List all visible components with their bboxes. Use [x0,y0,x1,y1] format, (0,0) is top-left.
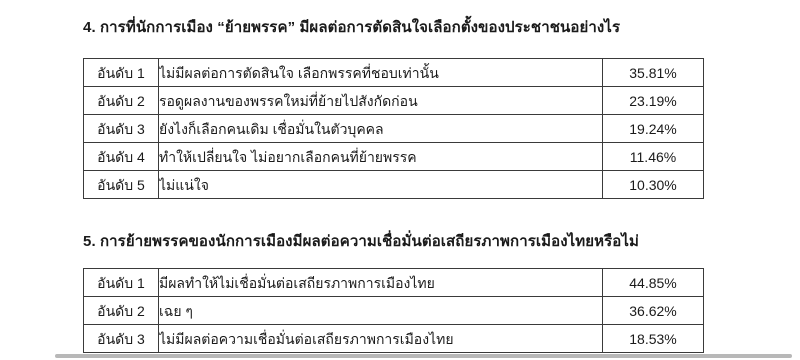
document-page: 4. การที่นักการเมือง “ย้ายพรรค” มีผลต่อก… [0,0,800,353]
rank-cell: อันดับ 2 [84,87,159,115]
rank-cell: อันดับ 1 [84,59,159,87]
question-4-results-table: อันดับ 1 ไม่มีผลต่อการตัดสินใจ เลือกพรรค… [83,58,704,199]
question-5-results-table: อันดับ 1 มีผลทำให้ไม่เชื่อมั่นต่อเสถียรภ… [83,268,704,353]
rank-cell: อันดับ 3 [84,325,159,353]
percent-cell: 10.30% [603,171,704,199]
horizontal-scrollbar[interactable] [55,354,792,358]
answer-cell: เฉย ๆ [159,297,603,325]
rank-cell: อันดับ 4 [84,143,159,171]
question-5-heading: 5. การย้ายพรรคของนักการเมืองมีผลต่อความเ… [83,232,800,252]
answer-cell: ไม่มีผลต่อความเชื่อมั่นต่อเสถียรภาพการเม… [159,325,603,353]
percent-cell: 18.53% [603,325,704,353]
percent-cell: 35.81% [603,59,704,87]
percent-cell: 44.85% [603,269,704,297]
percent-cell: 11.46% [603,143,704,171]
percent-cell: 19.24% [603,115,704,143]
answer-cell: ยังไงก็เลือกคนเดิม เชื่อมั่นในตัวบุคคล [159,115,603,143]
table-row: อันดับ 3 ไม่มีผลต่อความเชื่อมั่นต่อเสถีย… [84,325,704,353]
answer-cell: รอดูผลงานของพรรคใหม่ที่ย้ายไปสังกัดก่อน [159,87,603,115]
table-row: อันดับ 2 รอดูผลงานของพรรคใหม่ที่ย้ายไปสั… [84,87,704,115]
answer-cell: มีผลทำให้ไม่เชื่อมั่นต่อเสถียรภาพการเมือ… [159,269,603,297]
table-row: อันดับ 1 ไม่มีผลต่อการตัดสินใจ เลือกพรรค… [84,59,704,87]
table-row: อันดับ 1 มีผลทำให้ไม่เชื่อมั่นต่อเสถียรภ… [84,269,704,297]
rank-cell: อันดับ 5 [84,171,159,199]
table-row: อันดับ 2 เฉย ๆ 36.62% [84,297,704,325]
rank-cell: อันดับ 3 [84,115,159,143]
answer-cell: ไม่แน่ใจ [159,171,603,199]
table-row: อันดับ 3 ยังไงก็เลือกคนเดิม เชื่อมั่นในต… [84,115,704,143]
answer-cell: ทำให้เปลี่ยนใจ ไม่อยากเลือกคนที่ย้ายพรรค [159,143,603,171]
percent-cell: 23.19% [603,87,704,115]
table-row: อันดับ 4 ทำให้เปลี่ยนใจ ไม่อยากเลือกคนที… [84,143,704,171]
percent-cell: 36.62% [603,297,704,325]
table-row: อันดับ 5 ไม่แน่ใจ 10.30% [84,171,704,199]
question-4-heading: 4. การที่นักการเมือง “ย้ายพรรค” มีผลต่อก… [83,18,800,38]
rank-cell: อันดับ 2 [84,297,159,325]
rank-cell: อันดับ 1 [84,269,159,297]
answer-cell: ไม่มีผลต่อการตัดสินใจ เลือกพรรคที่ชอบเท่… [159,59,603,87]
